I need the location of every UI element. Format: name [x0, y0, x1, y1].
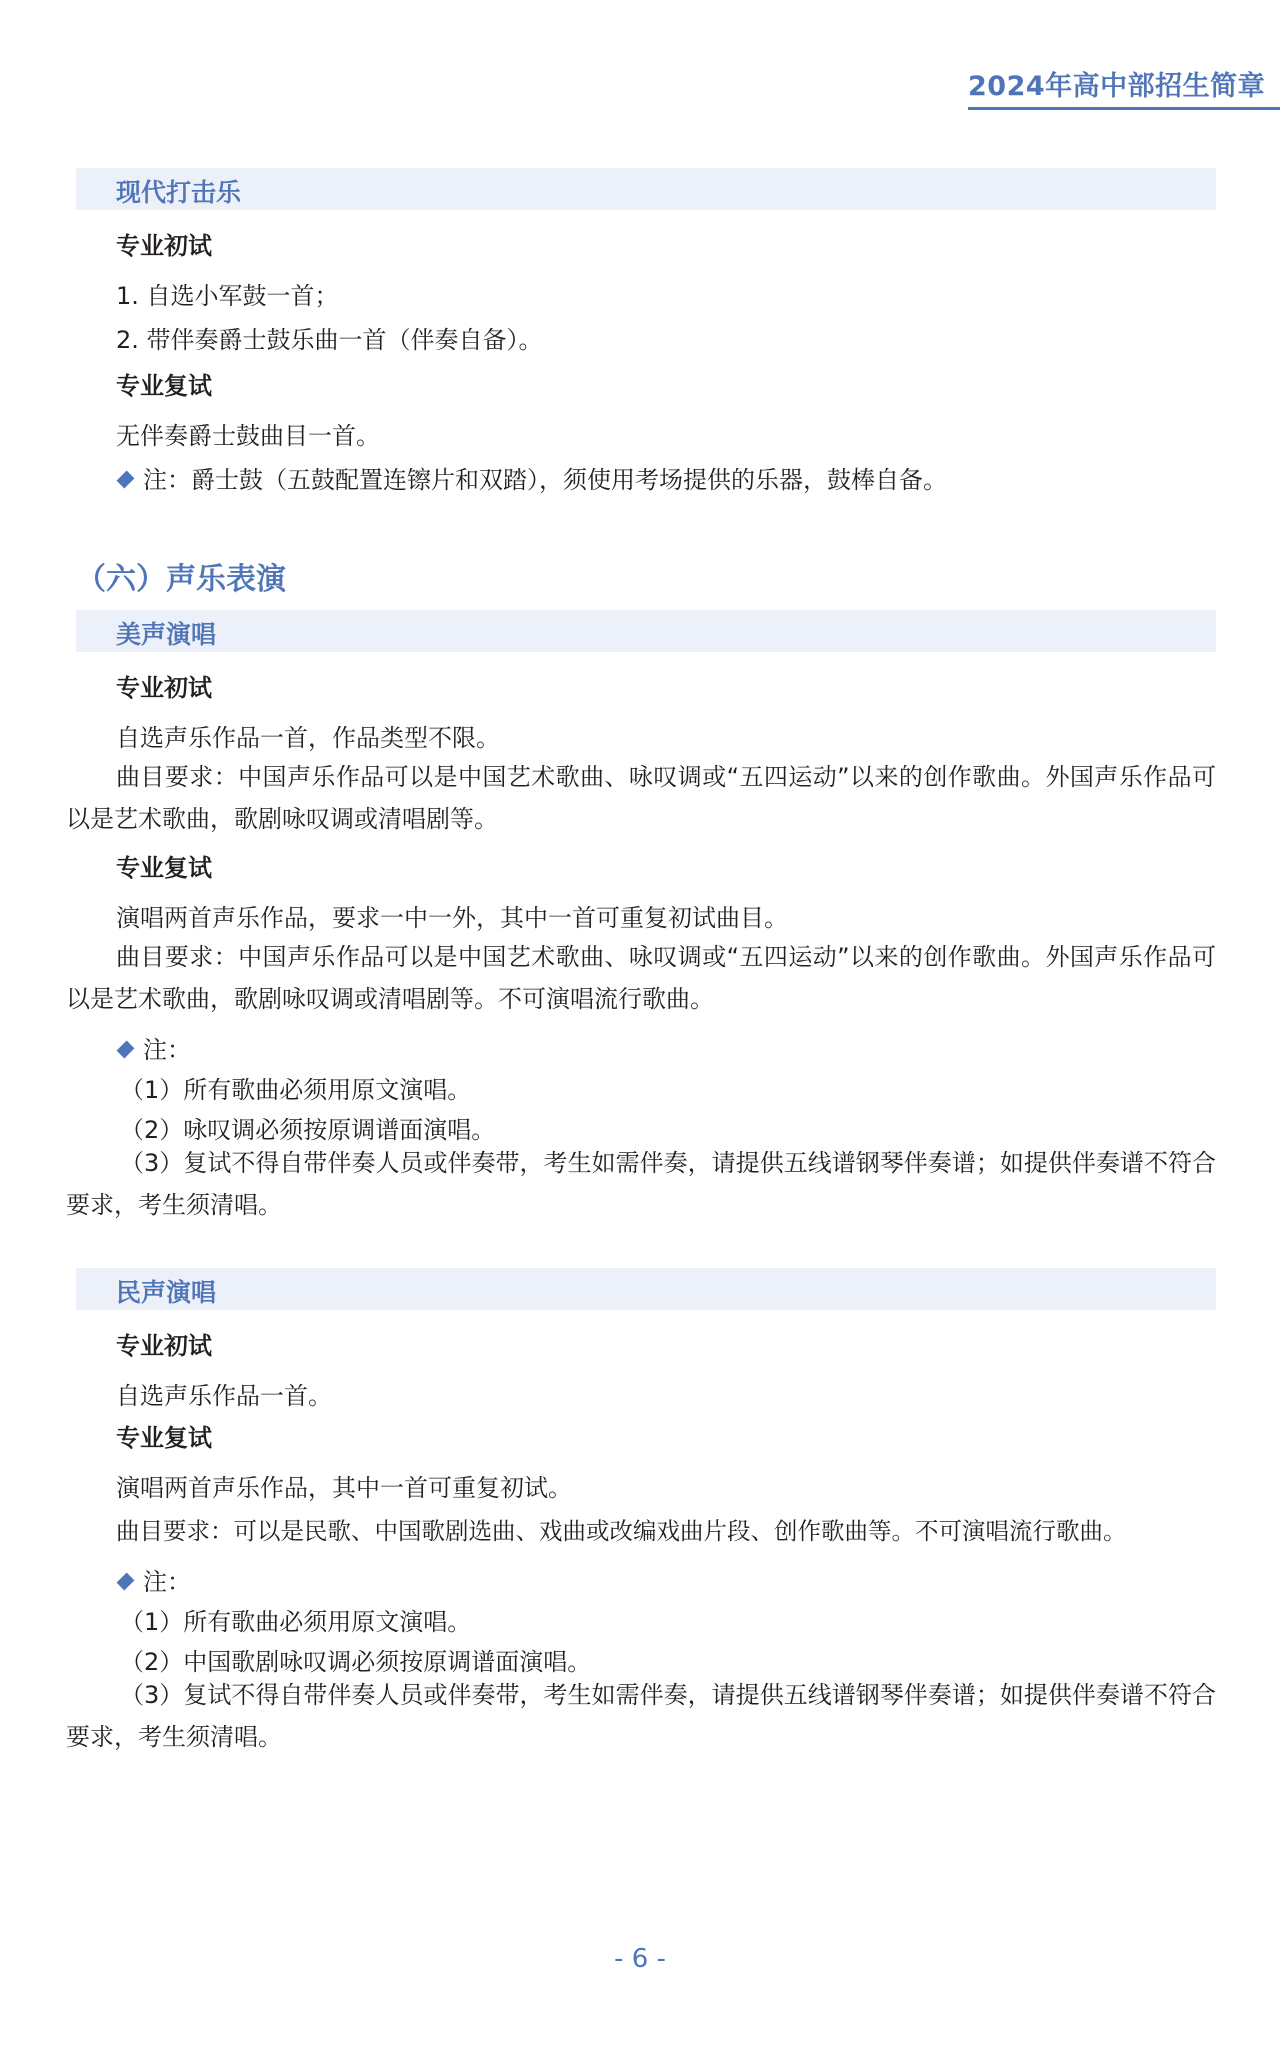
note-item: （1）所有歌曲必须用原文演唱。	[120, 1070, 471, 1105]
note-label: 注：	[116, 1030, 191, 1065]
note-item: （3）复试不得自带伴奏人员或伴奏带，考生如需伴奏，请提供五线谱钢琴伴奏谱；如提供…	[66, 1674, 1216, 1758]
prelim-requirement: 曲目要求：中国声乐作品可以是中国艺术歌曲、咏叹调或“五四运动”以来的创作歌曲。外…	[66, 756, 1216, 840]
note-text: 注：爵士鼓（五鼓配置连镲片和双踏），须使用考场提供的乐器，鼓棒自备。	[143, 466, 947, 494]
retest-heading: 专业复试	[116, 848, 212, 883]
prelim-text: 自选声乐作品一首。	[116, 1376, 332, 1411]
note-label-text: 注：	[143, 1036, 191, 1064]
subsection-band-percussion: 现代打击乐	[76, 168, 1216, 210]
note-label-text: 注：	[143, 1568, 191, 1596]
list-item: 2. 带伴奏爵士鼓乐曲一首（伴奏自备）。	[116, 320, 543, 355]
note-label: 注：	[116, 1562, 191, 1597]
diamond-bullet-icon	[117, 471, 135, 489]
diamond-bullet-icon	[117, 1041, 135, 1059]
retest-heading: 专业复试	[116, 366, 212, 401]
retest-text: 演唱两首声乐作品，其中一首可重复初试。	[116, 1468, 572, 1503]
retest-heading: 专业复试	[116, 1418, 212, 1453]
note-item: （2）咏叹调必须按原调谱面演唱。	[120, 1110, 495, 1145]
note: 注：爵士鼓（五鼓配置连镲片和双踏），须使用考场提供的乐器，鼓棒自备。	[116, 460, 947, 495]
header-underline	[968, 107, 1280, 110]
retest-text: 演唱两首声乐作品，要求一中一外，其中一首可重复初试曲目。	[116, 898, 788, 933]
section-title: （六）声乐表演	[76, 554, 286, 598]
retest-text: 无伴奏爵士鼓曲目一首。	[116, 416, 380, 451]
note-item: （2）中国歌剧咏叹调必须按原调谱面演唱。	[120, 1642, 591, 1677]
subsection-band-folk: 民声演唱	[76, 1268, 1216, 1310]
subsection-title: 美声演唱	[116, 615, 216, 651]
prelim-heading: 专业初试	[116, 226, 212, 261]
note-item: （1）所有歌曲必须用原文演唱。	[120, 1602, 471, 1637]
note-item: （3）复试不得自带伴奏人员或伴奏带，考生如需伴奏，请提供五线谱钢琴伴奏谱；如提供…	[66, 1142, 1216, 1226]
document-header-title: 2024年高中部招生简章	[968, 64, 1265, 103]
prelim-heading: 专业初试	[116, 668, 212, 703]
subsection-band-bel-canto: 美声演唱	[76, 610, 1216, 652]
subsection-title: 现代打击乐	[116, 173, 241, 209]
retest-requirement: 曲目要求：可以是民歌、中国歌剧选曲、戏曲或改编戏曲片段、创作歌曲等。不可演唱流行…	[116, 1512, 1127, 1546]
page-number: - 6 -	[0, 1944, 1280, 1974]
prelim-text: 自选声乐作品一首，作品类型不限。	[116, 718, 500, 753]
subsection-title: 民声演唱	[116, 1273, 216, 1309]
list-item: 1. 自选小军鼓一首；	[116, 276, 339, 311]
retest-requirement: 曲目要求：中国声乐作品可以是中国艺术歌曲、咏叹调或“五四运动”以来的创作歌曲。外…	[66, 936, 1216, 1020]
prelim-heading: 专业初试	[116, 1326, 212, 1361]
diamond-bullet-icon	[117, 1573, 135, 1591]
